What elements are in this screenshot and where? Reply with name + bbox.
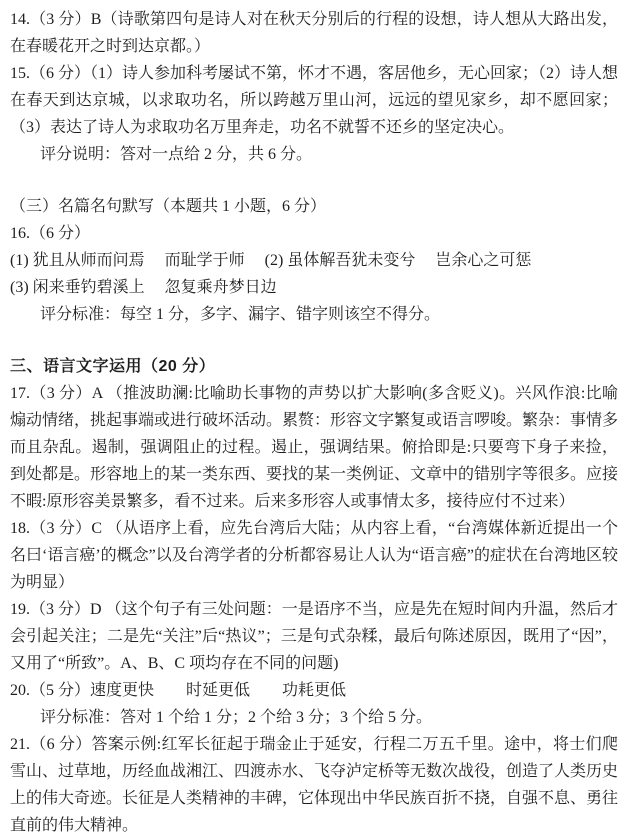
answer-item-15: 15.（6 分）（1）诗人参加科考屡试不第，怀才不遇，客居他乡，无心回家；（2）… — [10, 60, 618, 141]
answer-item-16-line2: (3) 闲来垂钓碧溪上 忽复乘舟梦日边 — [10, 274, 618, 301]
answer-item-14: 14.（3 分）B（诗歌第四句是诗人对在秋天分别后的行程的设想，诗人想从大路出发… — [10, 6, 618, 60]
answer-item-19: 19.（3 分）D （这个句子有三处问题：一是语序不当，应是先在短时间内升温，然… — [10, 596, 618, 677]
answer-key-page: 14.（3 分）B（诗歌第四句是诗人对在秋天分别后的行程的设想，诗人想从大路出发… — [0, 0, 629, 836]
subsection-heading-mingpian: （三）名篇名句默写（本题共 1 小题，6 分） — [10, 193, 618, 220]
answer-item-16: 16.（6 分） — [10, 220, 618, 247]
answer-item-21: 21.（6 分）答案示例:红军长征起于瑞金止于延安，行程二万五千里。途中，将士们… — [10, 731, 618, 836]
scoring-note-20: 评分标准：答对 1 个给 1 分；2 个给 3 分；3 个给 5 分。 — [10, 704, 618, 731]
answer-item-17: 17.（3 分）A （推波助澜:比喻助长事物的声势以扩大影响(多含贬义)。兴风作… — [10, 380, 618, 515]
answer-item-16-line1: (1) 犹且从师而问焉 而耻学于师 (2) 虽体解吾犹未变兮 岂余心之可惩 — [10, 247, 618, 274]
scoring-note-15: 评分说明：答对一点给 2 分，共 6 分。 — [10, 141, 618, 168]
section-heading-yuyan: 三、语言文字运用（20 分） — [10, 353, 618, 380]
answer-item-18: 18.（3 分）C （从语序上看，应先台湾后大陆；从内容上看，“台湾媒体新近提出… — [10, 515, 618, 596]
scoring-note-16: 评分标准：每空 1 分，多字、漏字、错字则该空不得分。 — [10, 301, 618, 328]
answer-item-20: 20.（5 分）速度更快 时延更低 功耗更低 — [10, 677, 618, 704]
